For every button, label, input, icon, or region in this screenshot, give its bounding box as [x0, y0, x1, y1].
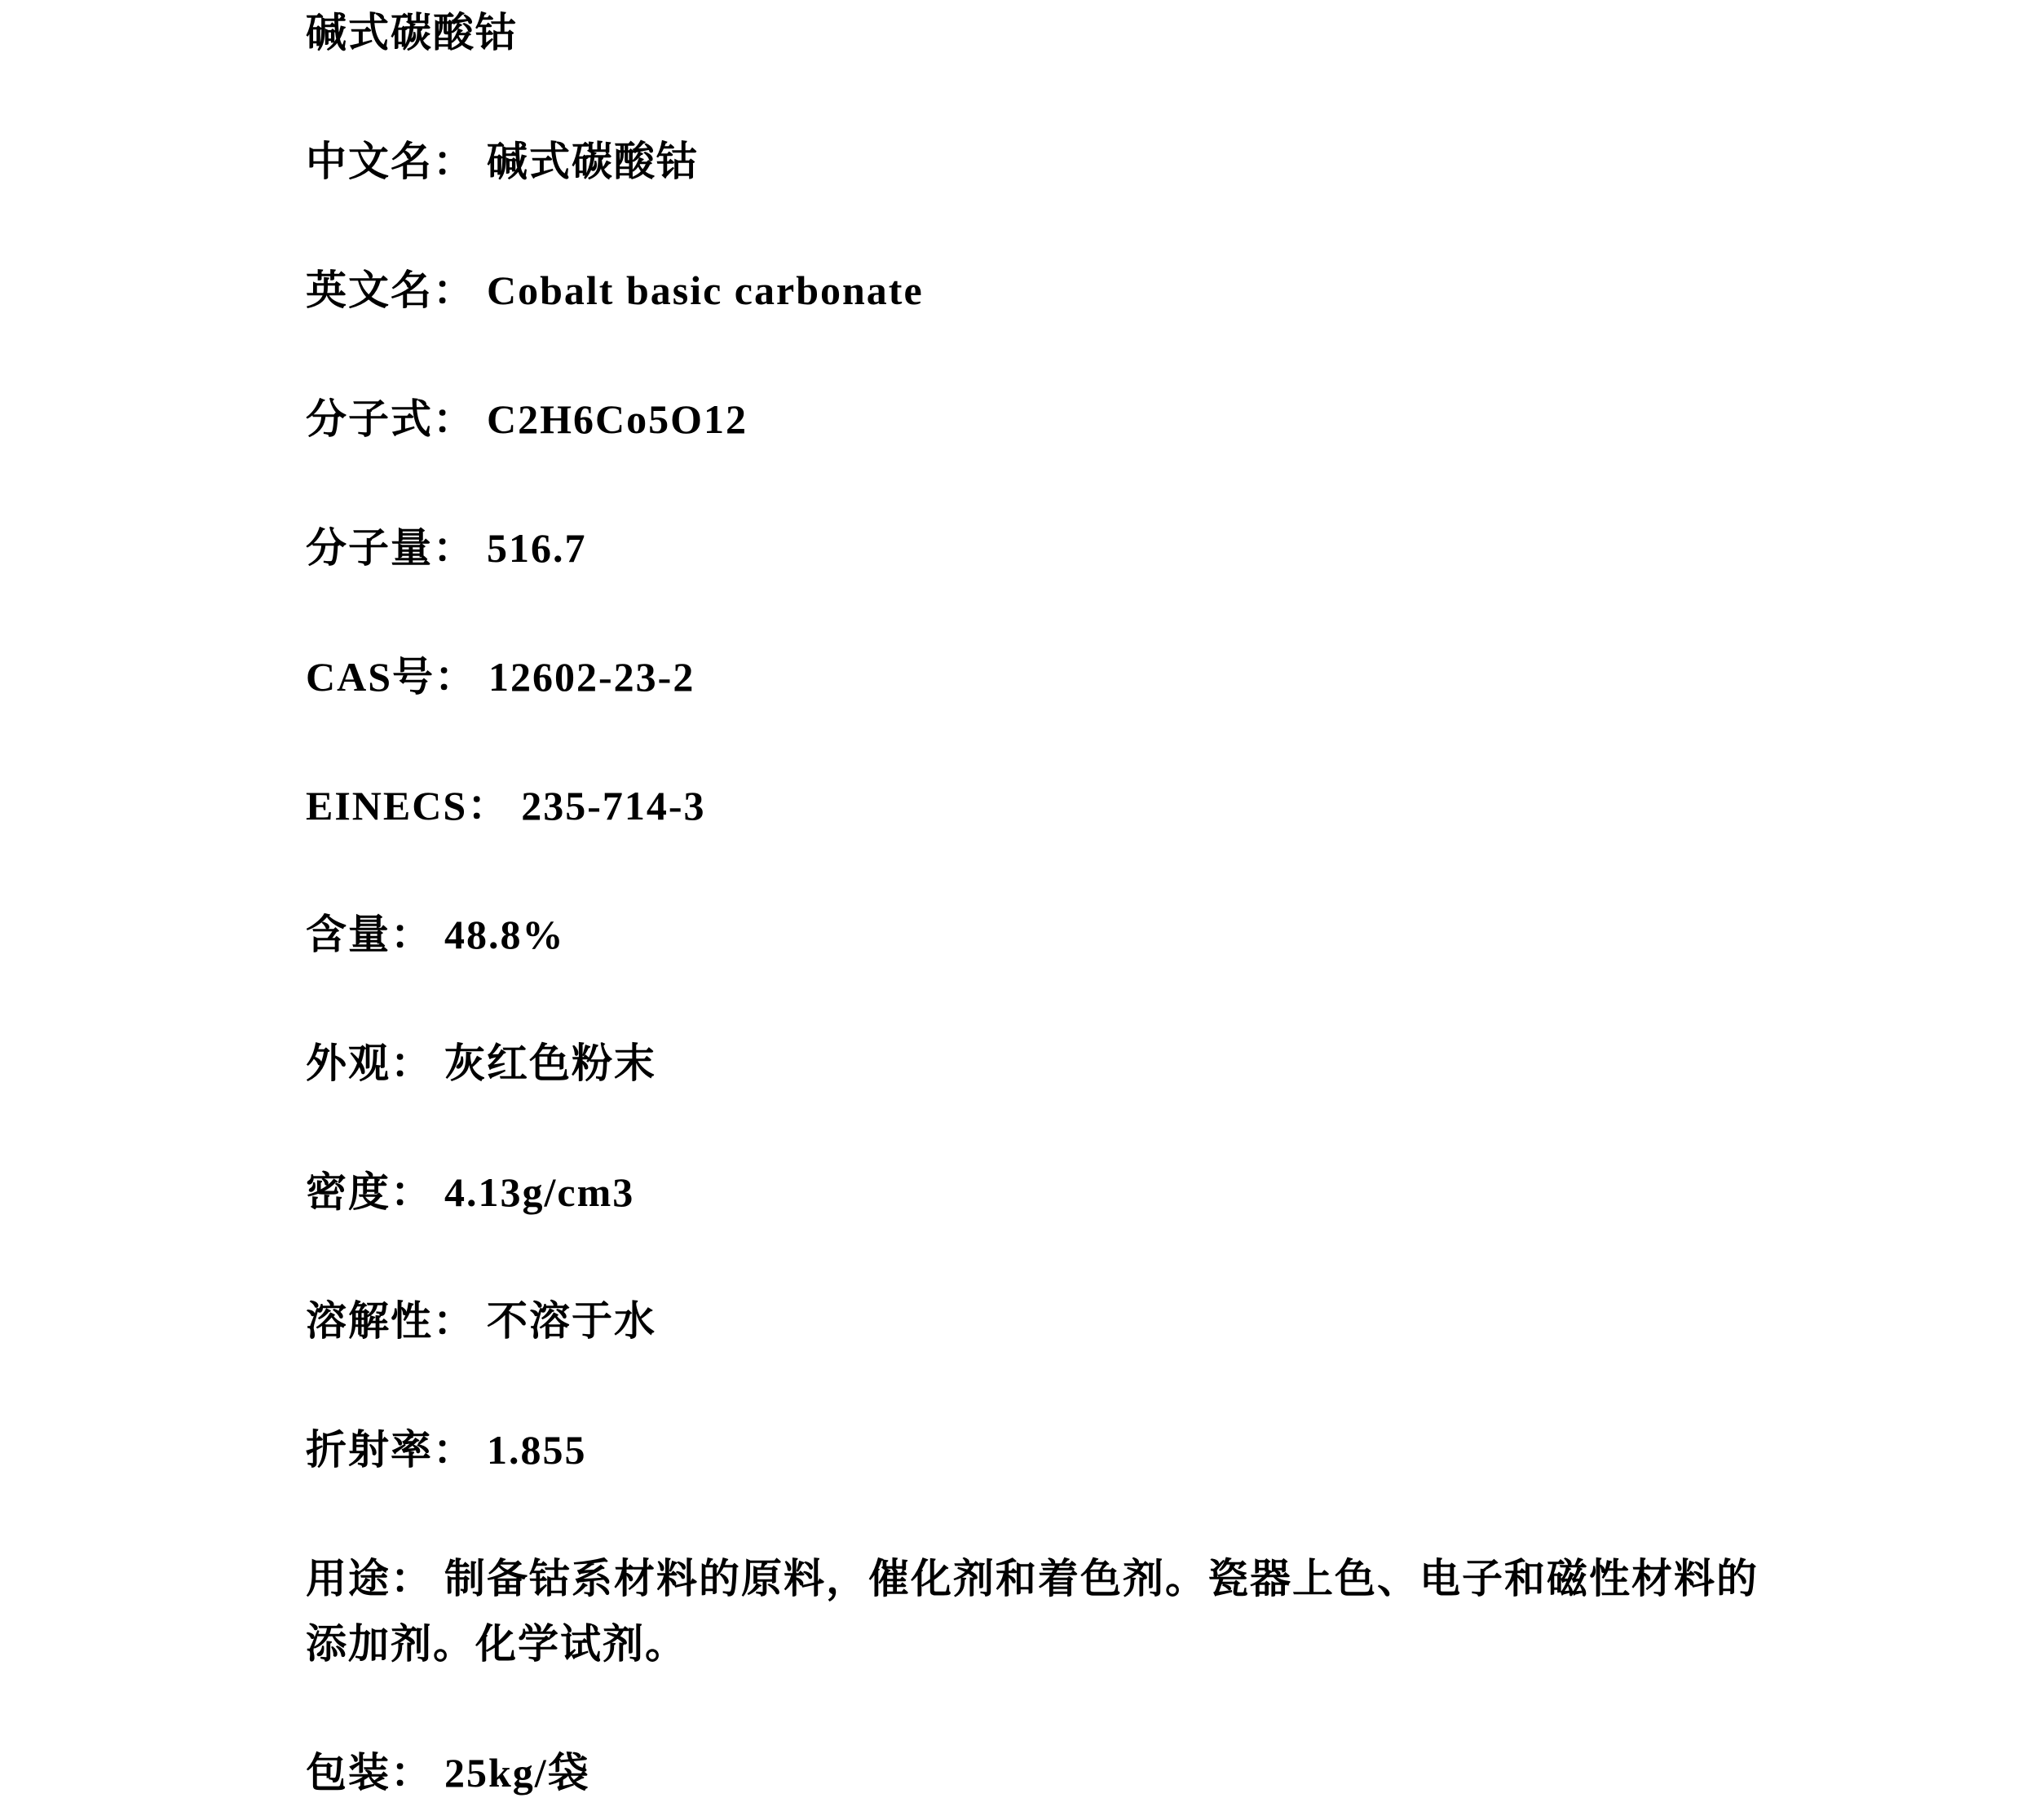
field-label-molecular-weight: 分子量：	[306, 525, 475, 571]
field-row-molecular-formula: 分子式：C2H6Co5O12	[306, 387, 1773, 452]
field-row-uses: 用途：制备钴系材料的原料，催化剂和着色剂。瓷器上色、电子和磁性材料的添加剂。化学…	[306, 1546, 1773, 1676]
field-row-chinese-name: 中文名：碱式碳酸钴	[306, 129, 1773, 194]
field-value-molecular-weight: 516.7	[487, 525, 587, 571]
field-value-cas-number: 12602-23-2	[488, 654, 695, 700]
field-value-packaging: 25kg/袋	[444, 1750, 590, 1796]
field-row-english-name: 英文名：Cobalt basic carbonate	[306, 258, 1773, 323]
field-row-einecs: EINECS：235-714-3	[306, 773, 1773, 838]
field-label-uses: 用途：	[306, 1556, 433, 1601]
field-label-molecular-formula: 分子式：	[306, 396, 475, 442]
field-value-solubility: 不溶于水	[487, 1298, 656, 1344]
field-label-density: 密度：	[306, 1169, 433, 1215]
field-row-refractive-index: 折射率：1.855	[306, 1417, 1773, 1482]
document-title: 碱式碳酸钴	[306, 0, 1773, 65]
field-value-refractive-index: 1.855	[487, 1427, 587, 1473]
field-label-english-name: 英文名：	[306, 267, 475, 313]
chemical-spec-document: 碱式碳酸钴 中文名：碱式碳酸钴 英文名：Cobalt basic carbona…	[0, 0, 2022, 1805]
field-row-content-purity: 含量：48.8%	[306, 902, 1773, 967]
field-label-content-purity: 含量：	[306, 912, 433, 957]
field-value-english-name: Cobalt basic carbonate	[487, 267, 924, 313]
field-value-chinese-name: 碱式碳酸钴	[487, 139, 699, 184]
field-row-cas-number: CAS号：12602-23-2	[306, 644, 1773, 709]
field-label-einecs: EINECS：	[306, 783, 510, 828]
field-row-appearance: 外观：灰红色粉末	[306, 1031, 1773, 1096]
field-row-molecular-weight: 分子量：516.7	[306, 515, 1773, 581]
field-label-cas-number: CAS号：	[306, 654, 477, 700]
field-value-molecular-formula: C2H6Co5O12	[487, 396, 748, 442]
field-value-uses: 制备钴系材料的原料，催化剂和着色剂。瓷器上色、电子和磁性材料的添加剂。化学试剂。	[306, 1556, 1759, 1667]
field-row-density: 密度：4.13g/cm3	[306, 1160, 1773, 1225]
field-value-content-purity: 48.8%	[444, 912, 565, 957]
field-value-einecs: 235-714-3	[521, 783, 705, 828]
field-row-packaging: 包装：25kg/袋	[306, 1740, 1773, 1805]
field-value-appearance: 灰红色粉末	[444, 1040, 656, 1086]
field-label-solubility: 溶解性：	[306, 1298, 475, 1344]
field-row-solubility: 溶解性：不溶于水	[306, 1288, 1773, 1354]
field-label-packaging: 包装：	[306, 1750, 433, 1796]
field-value-density: 4.13g/cm3	[444, 1169, 634, 1215]
field-label-appearance: 外观：	[306, 1040, 433, 1086]
field-label-chinese-name: 中文名：	[306, 139, 475, 184]
field-label-refractive-index: 折射率：	[306, 1427, 475, 1473]
